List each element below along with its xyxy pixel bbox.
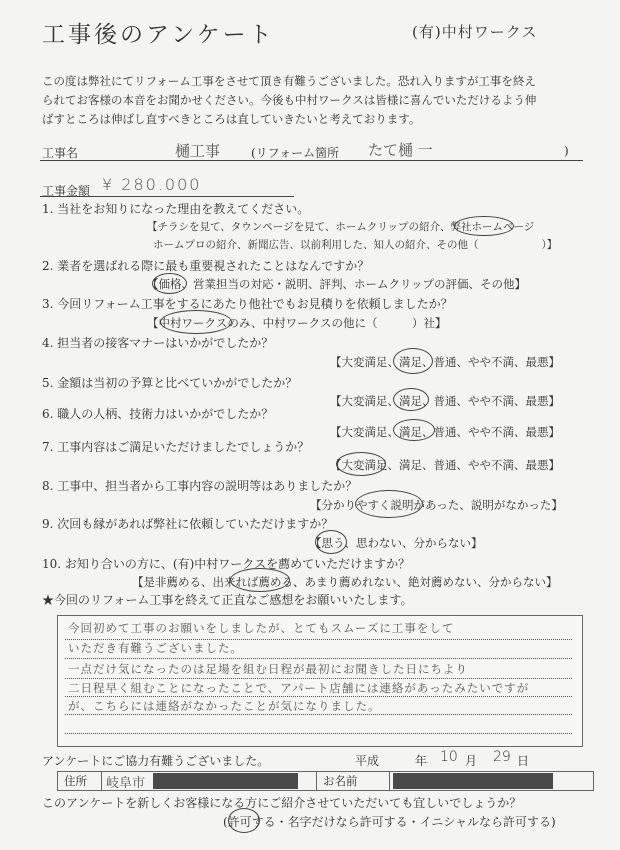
work-name-value[interactable]: 樋工事 (175, 140, 220, 161)
customer-info-table: 住所 岐阜市 お名前 (57, 771, 594, 791)
date-month-label: 月 (465, 752, 477, 769)
date-day-value[interactable]: 29 (493, 749, 511, 765)
comment-line: いただき有難うございました。 (68, 640, 243, 656)
work-name-label: 工事名 (42, 144, 78, 161)
question-4: 4. 担当者の接客マナーはいかがでしたか？ (42, 334, 273, 351)
address-value: 岐阜市 (106, 772, 145, 791)
comment-line: が、こちらには連絡がなかったことが気になりました。 (68, 698, 381, 714)
reform-location-close: ) (564, 144, 569, 158)
question-1-options[interactable]: ホームプロの紹介、新聞広告、以前利用した、知人の紹介、その他（ ）】 (153, 237, 557, 252)
question-9-options[interactable]: 【思う、思わない、分からない】 (310, 535, 483, 551)
question-8: 8. 工事中、担当者から工事内容の説明等はありましたか？ (42, 477, 357, 494)
address-field[interactable]: 岐阜市 (102, 772, 317, 790)
address-label: 住所 (58, 772, 102, 790)
name-field[interactable] (390, 772, 593, 790)
date-year-label: 年 (415, 752, 427, 769)
date-day-label: 日 (517, 752, 529, 769)
dotted-line (65, 658, 572, 659)
thanks-text: アンケートにご協力有難うございました。 (42, 752, 269, 769)
question-6-options[interactable]: 【大変満足、満足、普通、やや不満、最悪】 (330, 424, 560, 440)
question-7: 7. 工事内容はご満足いただけましたでしょうか？ (42, 438, 309, 455)
work-name-underline (40, 160, 583, 161)
question-4-options[interactable]: 【大変満足、満足、普通、やや不満、最悪】 (330, 354, 560, 370)
question-1: 1. 当社をお知りになった理由を教えてください。 (42, 200, 309, 217)
intro-line: られてお客様の本音をお聞かせください。今後も中村ワークスは皆様に喜んでいただける… (42, 91, 536, 110)
question-2-options[interactable]: 【価格、営業担当の対応・説明、評判、ホームクリップの評価、その他】 (147, 276, 526, 292)
dotted-line (65, 733, 572, 734)
redacted-name (393, 773, 553, 789)
reform-location-value[interactable]: たて樋 一 (368, 139, 433, 160)
question-5-options[interactable]: 【大変満足、満足、普通、やや不満、最悪】 (330, 393, 560, 409)
question-8-options[interactable]: 【分かりやすく説明があった、説明がなかった】 (310, 497, 563, 513)
intro-line: ばすところは伸ばし直すべきところは直していきたいと考えております。 (42, 110, 536, 129)
intro-line: この度は弊社にてリフォーム工事をさせて頂き有難うございました。恐れ入りますが工事… (42, 72, 536, 91)
intro-text: この度は弊社にてリフォーム工事をさせて頂き有難うございました。恐れ入りますが工事… (42, 72, 536, 129)
dotted-line (65, 678, 572, 679)
reform-location-label: (リフォーム箇所 (251, 144, 339, 161)
comment-line: 今回初めて工事のお願いをしましたが、とてもスムーズに工事をして (68, 620, 454, 636)
date-era: 平成 (355, 752, 379, 769)
comment-line: 一点だけ気になったのは足場を組む日程が最初にお聞きした日にちより (68, 661, 468, 677)
dotted-line (65, 714, 572, 715)
comment-box[interactable]: 今回初めて工事のお願いをしましたが、とてもスムーズに工事をして いただき有難うご… (57, 615, 583, 747)
name-label: お名前 (317, 772, 390, 790)
comment-line: 二日程早く組むことになったことで、アパート店舗には連絡があったみたいですが (68, 680, 529, 696)
amount-value[interactable]: ¥ 280.000 (102, 175, 201, 194)
survey-title: 工事後のアンケート (42, 16, 275, 49)
question-10: 10. お知り合いの方に、(有)中村ワークスを薦めていただけますか？ (42, 555, 410, 572)
company-name: (有)中村ワークス (412, 21, 538, 42)
dotted-line (65, 696, 572, 697)
permission-question: このアンケートを新しくお客様になる方にご紹介させていただいても宜しいでしょうか？ (42, 794, 521, 811)
question-3-options[interactable]: 【中村ワークスのみ、中村ワークスの他に（ ）社】 (147, 315, 446, 331)
question-3: 3. 今回リフォーム工事をするにあたり他社でもお見積りを依頼しましたか？ (42, 295, 453, 312)
date-month-value[interactable]: 10 (440, 749, 458, 765)
question-2: 2. 業者を選ばれる際に最も重要視されたことはなんですか？ (42, 257, 369, 274)
amount-underline (40, 196, 294, 197)
comment-prompt: ★今回のリフォーム工事を終えて正直なご感想をお願いいたします。 (42, 591, 412, 608)
question-10-options[interactable]: 【是非薦める、出来れば薦める、あまり薦めれない、絶対薦めない、分からない】 (132, 574, 558, 590)
question-5: 5. 金額は当初の予算と比べていかがでしたか？ (42, 374, 297, 391)
redacted-address (153, 773, 298, 789)
question-9: 9. 次回も縁があれば弊社に依頼していただけますか？ (42, 515, 333, 532)
question-1-options[interactable]: 【チラシを見て、タウンページを見て、ホームクリップの紹介、弊社ホームページ (147, 219, 534, 234)
permission-options[interactable]: (許可する・名字だけなら許可する・イニシャルなら許可する) (223, 813, 556, 830)
question-6: 6. 職人の人柄、技術力はいかがでしたか？ (42, 405, 273, 422)
question-7-options[interactable]: 【大変満足、満足、普通、やや不満、最悪】 (330, 457, 560, 473)
